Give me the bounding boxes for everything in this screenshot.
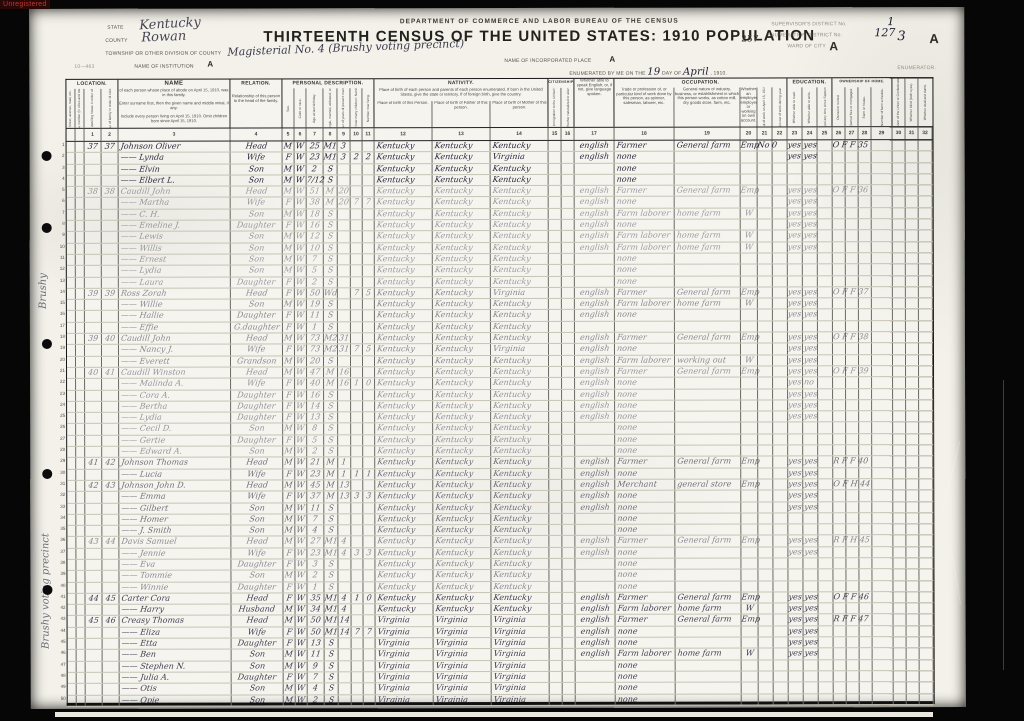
table-cell: —— Stephen N. bbox=[120, 661, 232, 672]
table-cell bbox=[919, 434, 933, 444]
table-cell: M bbox=[283, 537, 295, 547]
table-cell bbox=[675, 412, 741, 422]
table-cell bbox=[919, 310, 933, 320]
column-header-text: Place of birth of this Person. bbox=[374, 101, 431, 106]
handwritten-entry: F bbox=[285, 322, 292, 332]
handwritten-entry: W bbox=[296, 356, 305, 366]
handwritten-entry: 23 bbox=[310, 548, 321, 558]
table-cell bbox=[906, 276, 919, 286]
table-cell bbox=[549, 548, 562, 558]
table-cell bbox=[76, 458, 85, 468]
table-cell: Kentucky bbox=[434, 604, 492, 614]
table-cell bbox=[352, 638, 364, 648]
table-cell: Virginia bbox=[376, 649, 434, 659]
handwritten-entry: Virginia bbox=[435, 661, 468, 671]
handwritten-entry: none bbox=[616, 265, 637, 275]
table-cell bbox=[76, 481, 85, 491]
table-cell: F bbox=[283, 469, 295, 479]
handwritten-entry: none bbox=[617, 626, 638, 636]
table-cell bbox=[818, 570, 833, 580]
nativity-header: NATIVITY.Place of birth of each person a… bbox=[374, 79, 548, 127]
handwritten-entry: english bbox=[579, 468, 610, 478]
table-cell: S bbox=[325, 684, 339, 694]
handwritten-entry: Kentucky bbox=[492, 378, 531, 388]
handwritten-entry: W bbox=[295, 209, 304, 219]
table-cell bbox=[773, 231, 788, 241]
table-cell: 2 bbox=[307, 277, 324, 287]
handwritten-entry: S bbox=[328, 525, 335, 535]
table-cell bbox=[859, 344, 872, 354]
table-cell: W bbox=[296, 605, 308, 615]
table-cell: S bbox=[324, 503, 338, 513]
table-cell: 16 bbox=[307, 390, 324, 400]
handwritten-entry: —— Hallie bbox=[120, 311, 164, 321]
line-number: 15 bbox=[54, 297, 65, 308]
column-number: 29 bbox=[872, 127, 893, 139]
handwritten-entry: 45 bbox=[310, 480, 321, 490]
table-cell bbox=[859, 490, 872, 500]
table-cell: M1 bbox=[324, 153, 338, 163]
handwritten-entry: —— Nancy J. bbox=[120, 345, 173, 355]
table-cell bbox=[675, 491, 741, 501]
handwritten-entry: Kentucky bbox=[492, 175, 531, 185]
table-cell bbox=[893, 456, 906, 466]
column-number: 3 bbox=[119, 129, 231, 141]
handwritten-entry: 4 bbox=[312, 525, 318, 535]
handwritten-entry: 44 bbox=[105, 537, 116, 547]
column-number: 32 bbox=[919, 127, 933, 139]
handwritten-entry: none bbox=[617, 638, 638, 648]
table-cell bbox=[919, 535, 933, 545]
table-cell: english bbox=[575, 344, 615, 354]
handwritten-entry: 0 bbox=[366, 593, 372, 603]
table-cell bbox=[893, 513, 906, 523]
table-cell: Kentucky bbox=[375, 457, 433, 467]
table-cell bbox=[833, 253, 846, 263]
table-cell bbox=[102, 526, 119, 536]
table-cell bbox=[758, 581, 773, 591]
handwritten-entry: —— Eliza bbox=[121, 627, 161, 637]
table-cell bbox=[819, 637, 834, 647]
table-cell: M bbox=[283, 254, 295, 264]
table-cell bbox=[759, 671, 774, 681]
table-cell: S bbox=[325, 650, 339, 660]
handwritten-entry: 4 bbox=[341, 604, 347, 614]
handwritten-entry: —— Stephen N. bbox=[121, 661, 186, 671]
table-cell bbox=[76, 198, 85, 208]
table-cell: S bbox=[324, 232, 338, 242]
table-cell bbox=[818, 163, 833, 173]
handwritten-entry: M bbox=[283, 164, 292, 174]
table-cell bbox=[575, 446, 615, 456]
column-header: Whether able to read. bbox=[787, 87, 802, 126]
table-cell bbox=[873, 682, 894, 692]
table-cell bbox=[846, 490, 859, 500]
table-cell bbox=[859, 558, 872, 568]
table-cell: 27 bbox=[307, 537, 324, 547]
table-cell bbox=[102, 582, 119, 592]
table-cell: Daughter bbox=[231, 311, 283, 321]
handwritten-entry: Kentucky bbox=[376, 401, 415, 411]
table-cell: W bbox=[295, 311, 307, 321]
table-cell bbox=[893, 321, 906, 331]
handwritten-entry: Kentucky bbox=[435, 514, 474, 524]
handwritten-entry: 3 bbox=[312, 559, 318, 569]
handwritten-entry: S bbox=[327, 322, 334, 332]
table-cell: 20 bbox=[338, 186, 351, 196]
table-cell: W bbox=[295, 424, 307, 434]
table-cell bbox=[549, 141, 562, 151]
line-number: 45 bbox=[55, 636, 66, 647]
table-cell bbox=[893, 536, 906, 546]
table-cell bbox=[102, 243, 119, 253]
table-cell bbox=[846, 276, 859, 286]
table-cell bbox=[562, 536, 575, 546]
handwritten-entry: Kentucky bbox=[493, 593, 532, 603]
table-cell: —— Tommie bbox=[119, 571, 231, 582]
table-cell: W bbox=[295, 254, 307, 264]
column-number: 8 bbox=[324, 128, 338, 140]
table-cell: 7 bbox=[363, 198, 375, 208]
table-cell: Head bbox=[231, 593, 283, 603]
table-cell bbox=[102, 311, 119, 321]
table-cell bbox=[562, 389, 575, 399]
table-cell: 3 bbox=[307, 559, 324, 569]
table-cell: —— Willie bbox=[119, 300, 231, 311]
handwritten-entry: S bbox=[327, 220, 334, 230]
table-cell bbox=[85, 232, 102, 242]
table-cell bbox=[76, 402, 85, 412]
table-cell bbox=[102, 515, 119, 525]
district-value: 127 bbox=[874, 26, 895, 39]
table-cell bbox=[919, 479, 933, 489]
handwritten-entry: Wd bbox=[323, 288, 338, 298]
table-cell bbox=[906, 524, 919, 534]
handwritten-entry: Virginia bbox=[377, 616, 410, 626]
table-cell bbox=[919, 524, 933, 534]
table-cell bbox=[76, 176, 85, 186]
form-number: 10—463 bbox=[74, 64, 94, 70]
column-number: 7 bbox=[307, 128, 324, 140]
table-cell bbox=[741, 468, 758, 478]
table-cell bbox=[363, 232, 375, 242]
handwritten-entry: Kentucky bbox=[493, 559, 532, 569]
table-cell: S bbox=[324, 277, 338, 287]
handwritten-entry: W bbox=[295, 175, 304, 185]
table-cell: 46 bbox=[103, 616, 120, 626]
table-cell bbox=[803, 558, 818, 568]
table-cell bbox=[338, 220, 351, 230]
table-cell bbox=[758, 321, 773, 331]
table-cell bbox=[834, 683, 847, 693]
handwritten-entry: Kentucky bbox=[376, 265, 415, 275]
table-cell bbox=[774, 637, 789, 647]
table-cell: Ross Zorah bbox=[119, 288, 231, 299]
handwritten-entry: F bbox=[285, 492, 292, 502]
handwritten-entry: Kentucky bbox=[492, 322, 531, 332]
table-cell bbox=[846, 423, 859, 433]
table-cell: 7 bbox=[307, 514, 324, 524]
handwritten-entry: Kentucky bbox=[377, 525, 416, 535]
table-cell: general store bbox=[675, 479, 741, 489]
table-cell bbox=[906, 355, 919, 365]
table-cell bbox=[67, 458, 76, 468]
table-cell: 39 bbox=[85, 289, 102, 299]
handwritten-entry: none bbox=[617, 683, 638, 693]
table-cell bbox=[872, 423, 893, 433]
table-cell bbox=[872, 434, 893, 444]
handwritten-entry: W bbox=[296, 458, 305, 468]
table-cell bbox=[919, 287, 933, 297]
table-cell bbox=[773, 152, 788, 162]
table-cell: english bbox=[575, 220, 615, 230]
table-cell: M bbox=[324, 492, 338, 502]
table-cell bbox=[846, 298, 859, 308]
table-cell: General farm bbox=[675, 186, 741, 196]
handwritten-entry: —— Edward A. bbox=[121, 447, 183, 457]
table-cell: Kentucky bbox=[375, 333, 433, 343]
table-cell: none bbox=[616, 683, 676, 693]
handwritten-entry: Kentucky bbox=[434, 367, 473, 377]
table-cell bbox=[919, 366, 933, 376]
table-cell bbox=[758, 197, 773, 207]
handwritten-entry: Kentucky bbox=[434, 265, 473, 275]
table-cell bbox=[872, 197, 893, 207]
table-cell bbox=[893, 219, 906, 229]
handwritten-entry: english bbox=[579, 378, 610, 388]
table-cell: Emp bbox=[741, 333, 758, 343]
handwritten-entry: Virginia bbox=[377, 672, 410, 682]
table-cell bbox=[803, 265, 818, 275]
handwritten-entry: none bbox=[616, 152, 637, 162]
table-cell bbox=[76, 594, 85, 604]
table-cell: Kentucky bbox=[375, 299, 433, 309]
handwritten-entry: 41 bbox=[88, 458, 99, 468]
handwritten-entry: M bbox=[284, 480, 293, 490]
table-cell bbox=[872, 242, 893, 252]
table-cell bbox=[351, 559, 363, 569]
table-cell bbox=[818, 378, 833, 388]
handwritten-entry: 34 bbox=[310, 605, 321, 615]
handwritten-entry: Kentucky bbox=[435, 604, 474, 614]
line-number: 28 bbox=[54, 444, 65, 455]
table-cell: Emp bbox=[741, 186, 758, 196]
table-cell: 7 bbox=[308, 672, 325, 682]
table-cell bbox=[576, 694, 616, 704]
table-cell bbox=[759, 637, 774, 647]
table-cell: Kentucky bbox=[433, 390, 491, 400]
table-cell: Kentucky bbox=[375, 503, 433, 513]
column-number: 30 bbox=[893, 127, 906, 139]
handwritten-entry: 3 bbox=[354, 548, 360, 558]
handwritten-entry: M bbox=[284, 684, 293, 694]
vertical-label: Whether naturalized or alien. bbox=[566, 88, 569, 127]
table-cell bbox=[76, 447, 85, 457]
handwritten-entry: yes yes bbox=[787, 344, 817, 354]
table-cell bbox=[833, 570, 846, 580]
table-cell bbox=[67, 210, 76, 220]
vertical-label: Farm or house. bbox=[863, 96, 866, 118]
table-cell: —— Everett bbox=[119, 356, 231, 367]
state-label: STATE bbox=[107, 25, 123, 31]
table-cell bbox=[549, 175, 562, 185]
handwritten-entry: yes yes bbox=[788, 457, 818, 467]
line-number: 16 bbox=[54, 308, 65, 319]
table-cell bbox=[363, 390, 375, 400]
table-cell: Kentucky bbox=[375, 390, 433, 400]
table-cell bbox=[758, 344, 773, 354]
table-cell: S bbox=[324, 311, 338, 321]
handwritten-entry: Son bbox=[248, 447, 265, 457]
table-cell bbox=[758, 242, 773, 252]
table-cell: 10 bbox=[307, 243, 324, 253]
handwritten-entry: Kentucky bbox=[377, 446, 416, 456]
handwritten-entry: none bbox=[617, 525, 638, 535]
table-cell bbox=[919, 490, 933, 500]
table-cell: none bbox=[615, 434, 675, 444]
handwritten-entry: S bbox=[327, 503, 334, 513]
table-cell: english bbox=[575, 231, 615, 241]
table-cell: 39 bbox=[85, 334, 102, 344]
table-cell bbox=[338, 435, 351, 445]
table-cell: —— Elvin bbox=[119, 164, 231, 175]
table-cell bbox=[906, 174, 919, 184]
handwritten-entry: S bbox=[328, 695, 335, 705]
table-cell bbox=[363, 559, 375, 569]
handwritten-entry: 7 bbox=[365, 198, 371, 208]
handwritten-entry: Emp bbox=[741, 592, 761, 602]
table-cell bbox=[76, 560, 85, 570]
table-cell bbox=[575, 514, 615, 524]
table-cell: Kentucky bbox=[375, 469, 433, 479]
table-cell: W bbox=[741, 208, 758, 218]
table-cell: 5 bbox=[307, 266, 324, 276]
table-cell bbox=[351, 525, 363, 535]
table-cell: Farm laborer bbox=[615, 299, 675, 309]
table-cell: Emp bbox=[741, 536, 758, 546]
table-cell bbox=[76, 582, 85, 592]
table-cell bbox=[575, 276, 615, 286]
line-number: 13 bbox=[54, 274, 65, 285]
table-cell: F bbox=[283, 413, 295, 423]
table-cell: M bbox=[283, 243, 295, 253]
table-cell bbox=[919, 242, 933, 252]
table-cell: 14 bbox=[307, 401, 324, 411]
table-cell: 4 bbox=[338, 548, 351, 558]
table-cell bbox=[85, 503, 102, 513]
vertical-label: Whether blind (both eyes). bbox=[910, 83, 913, 122]
handwritten-entry: S bbox=[328, 672, 335, 682]
handwritten-entry: Davis Samuel bbox=[121, 537, 177, 547]
table-cell: Kentucky bbox=[375, 548, 433, 558]
table-cell bbox=[85, 436, 102, 446]
table-cell bbox=[860, 626, 873, 636]
table-cell: Son bbox=[231, 232, 283, 242]
table-cell bbox=[102, 436, 119, 446]
table-cell bbox=[85, 198, 102, 208]
table-cell bbox=[351, 311, 363, 321]
table-cell: Kentucky bbox=[375, 277, 433, 287]
table-cell: Kentucky bbox=[491, 197, 549, 207]
table-cell: Kentucky bbox=[491, 378, 549, 388]
table-cell bbox=[549, 435, 562, 445]
handwritten-entry: Head bbox=[245, 458, 268, 468]
table-cell: none bbox=[615, 412, 675, 422]
table-cell: Virginia bbox=[492, 638, 550, 648]
table-cell: Farm laborer bbox=[616, 604, 676, 614]
handwritten-entry: S bbox=[327, 311, 334, 321]
table-cell: W bbox=[295, 525, 307, 535]
table-cell bbox=[102, 323, 119, 333]
table-cell bbox=[920, 637, 934, 647]
table-cell bbox=[550, 615, 563, 625]
handwritten-entry: M bbox=[284, 526, 293, 536]
table-cell: 50 bbox=[308, 627, 325, 637]
vertical-label: Owned free or mortgaged. bbox=[850, 87, 853, 126]
handwritten-entry: Virginia bbox=[435, 695, 468, 705]
handwritten-entry: M bbox=[326, 492, 335, 502]
table-cell: english bbox=[575, 468, 615, 478]
column-header-text: Whether able to speak English; or, if no… bbox=[574, 79, 614, 97]
handwritten-entry: —— Ernest bbox=[120, 255, 167, 265]
table-cell bbox=[76, 142, 85, 152]
table-cell bbox=[85, 492, 102, 502]
table-cell: english bbox=[576, 649, 616, 659]
handwritten-entry: Son bbox=[249, 526, 266, 536]
table-cell: —— Hallie bbox=[119, 311, 231, 322]
table-cell: W bbox=[296, 661, 308, 671]
handwritten-entry: Creasy Thomas bbox=[121, 616, 185, 626]
table-cell: Kentucky bbox=[433, 310, 491, 320]
table-cell bbox=[676, 683, 742, 693]
table-cell: Kentucky bbox=[491, 299, 549, 309]
column-header-text: Place of birth of Father of this person. bbox=[432, 101, 489, 110]
handwritten-entry: Kentucky bbox=[434, 231, 473, 241]
table-cell bbox=[893, 581, 906, 591]
handwritten-entry: W bbox=[296, 638, 305, 648]
table-cell: Kentucky bbox=[375, 480, 433, 490]
table-cell: Kentucky bbox=[491, 536, 549, 546]
handwritten-entry: 41 bbox=[104, 368, 115, 378]
table-cell bbox=[872, 445, 893, 455]
handwritten-entry: W bbox=[295, 141, 304, 151]
handwritten-entry: Caudill John bbox=[120, 334, 171, 344]
table-cell bbox=[906, 592, 919, 602]
table-cell: M bbox=[283, 480, 295, 490]
table-cell: Daughter bbox=[231, 413, 283, 423]
table-cell: 3 bbox=[351, 491, 363, 501]
table-cell: english bbox=[575, 389, 615, 399]
table-cell bbox=[338, 299, 351, 309]
handwritten-entry: Kentucky bbox=[435, 559, 474, 569]
handwritten-entry: S bbox=[327, 412, 334, 422]
table-cell bbox=[338, 254, 351, 264]
table-cell: General farm bbox=[675, 366, 741, 376]
table-cell bbox=[872, 174, 893, 184]
table-cell bbox=[338, 525, 351, 535]
table-cell: 2 bbox=[363, 153, 375, 163]
vertical-label: Whether able to write. bbox=[808, 91, 811, 123]
handwritten-entry: Kentucky bbox=[376, 356, 415, 366]
table-cell bbox=[562, 570, 575, 580]
vertical-label: Number of years of present marriage. bbox=[342, 88, 345, 127]
table-cell bbox=[76, 164, 85, 174]
table-cell bbox=[833, 434, 846, 444]
handwritten-entry: 1 bbox=[341, 469, 347, 479]
handwritten-entry: 2 bbox=[313, 695, 319, 705]
table-cell: —— Effie bbox=[119, 322, 231, 333]
handwritten-entry: Emp bbox=[740, 332, 760, 342]
